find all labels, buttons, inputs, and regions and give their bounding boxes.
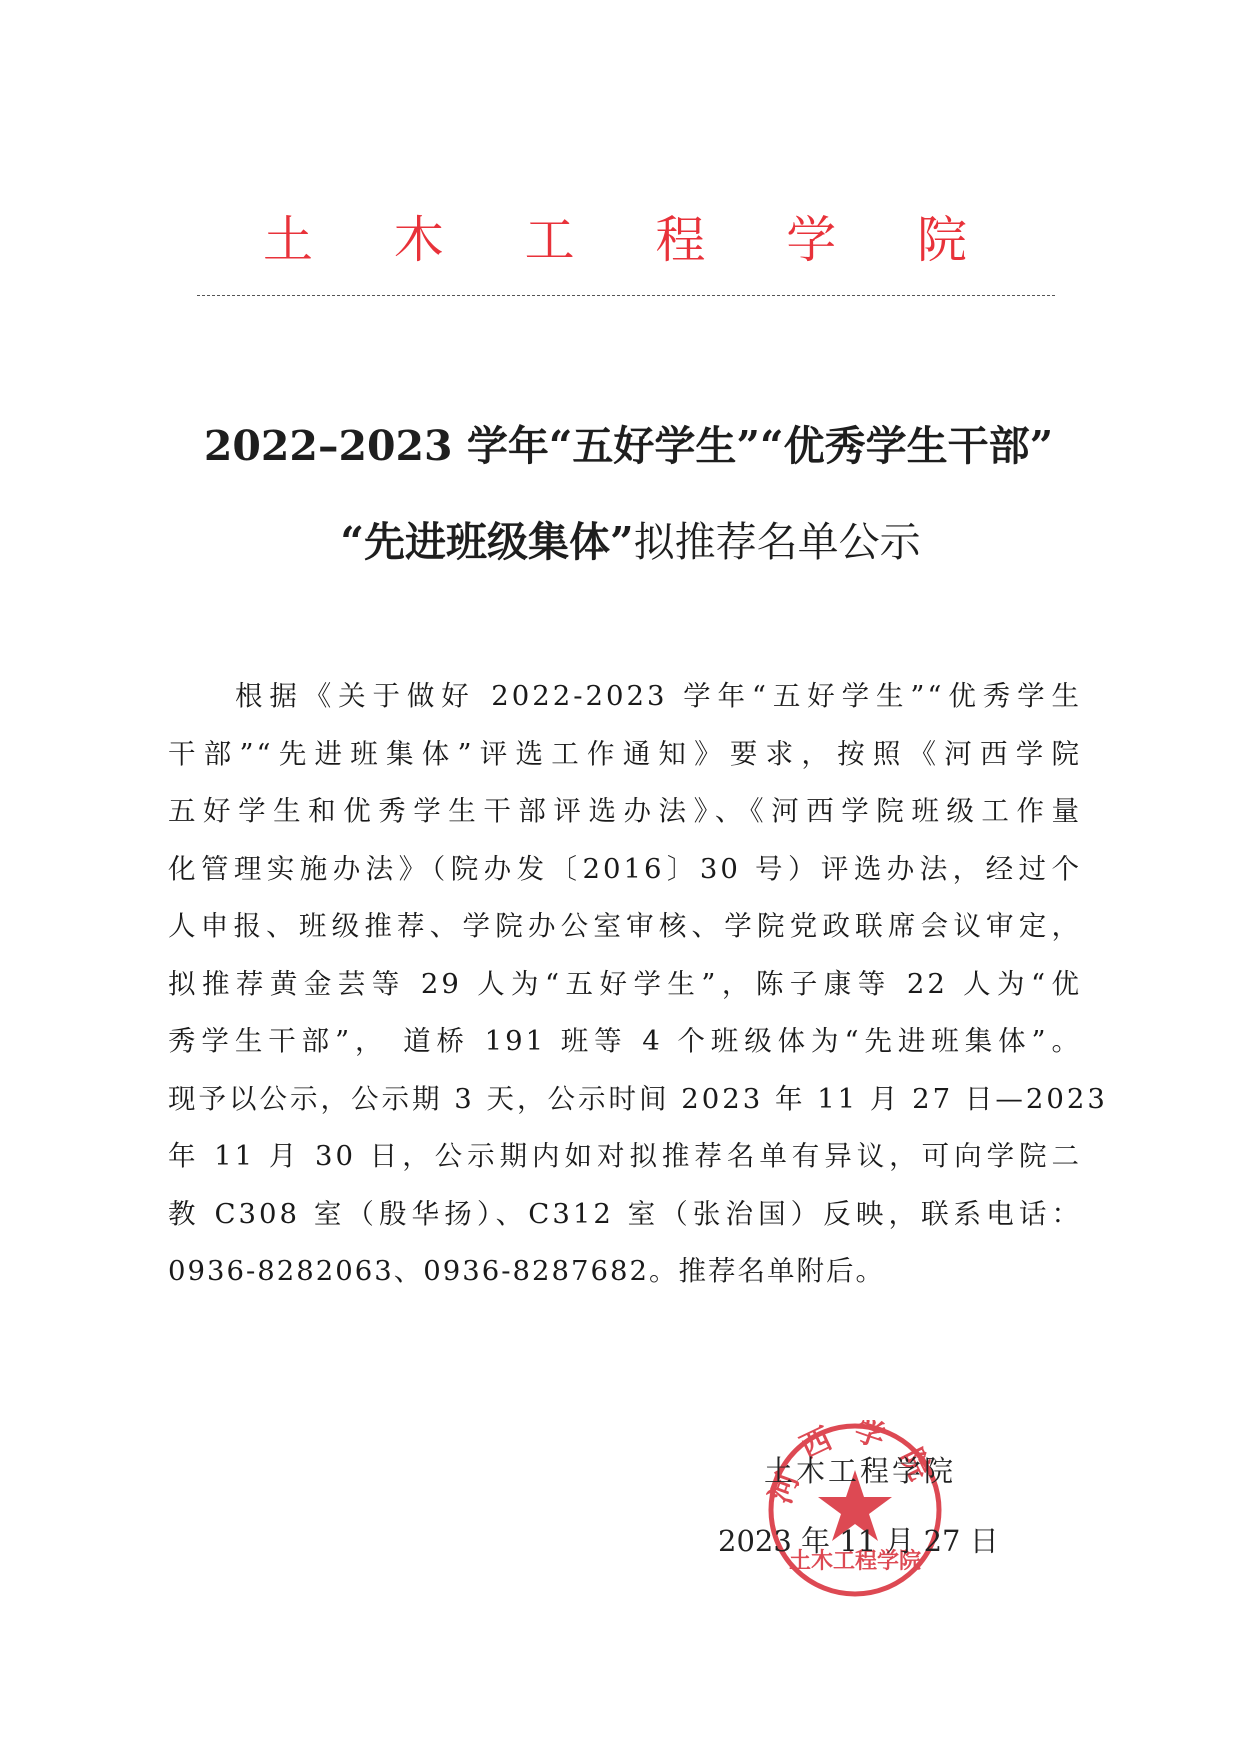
body-line: 年 11 月 30 日，公示期内如对拟推荐名单有异议，可向学院二: [168, 1128, 1082, 1186]
body-line: 0936-8282063、0936-8287682。推荐名单附后。: [168, 1243, 1082, 1301]
title-light-part: 拟推荐名单公示: [634, 518, 921, 566]
letterhead-char: 工: [522, 208, 578, 272]
title-bold-part: “先进班级集体”: [340, 518, 633, 566]
notice-body: 根据《关于做好 2022-2023 学年“五好学生”“优秀学生 干部”“先进班集…: [168, 668, 1082, 1301]
document-page: 土 木 工 程 学 院 2022–2023 学年“五好学生”“优秀学生干部” “…: [0, 0, 1241, 1754]
org-letterhead: 土 木 工 程 学 院: [260, 208, 970, 272]
document-title-line-2: “先进班级集体”拟推荐名单公示: [10, 514, 1241, 570]
body-line: 化管理实施办法》（院办发〔2016〕30 号）评选办法，经过个: [168, 841, 1082, 899]
document-title-line-1: 2022–2023 学年“五好学生”“优秀学生干部”: [8, 418, 1241, 474]
body-line: 人申报、班级推荐、学院办公室审核、学院党政联席会议审定，: [168, 898, 1082, 956]
signature-date: 2023 年 11 月 27 日: [718, 1518, 998, 1564]
body-line: 教 C308 室（殷华扬）、C312 室（张治国）反映，联系电话：: [168, 1186, 1082, 1244]
letterhead-char: 程: [652, 208, 708, 272]
body-line: 根据《关于做好 2022-2023 学年“五好学生”“优秀学生: [168, 668, 1082, 726]
body-line: 秀学生干部”， 道桥 191 班等 4 个班级体为“先进班集体”。: [168, 1013, 1082, 1071]
letterhead-divider: [197, 295, 1055, 296]
letterhead-char: 木: [391, 208, 447, 272]
official-seal: 河西学院 土木工程学院: [765, 1420, 945, 1600]
letterhead-char: 院: [914, 208, 970, 272]
letterhead-char: 土: [260, 208, 316, 272]
body-line: 拟推荐黄金芸等 29 人为“五好学生”，陈子康等 22 人为“优: [168, 956, 1082, 1014]
letterhead-char: 学: [783, 208, 839, 272]
signature-org: 土木工程学院: [740, 1448, 980, 1494]
body-line: 五好学生和优秀学生干部评选办法》、《河西学院班级工作量: [168, 783, 1082, 841]
body-line: 干部”“先进班集体”评选工作通知》要求，按照《河西学院: [168, 726, 1082, 784]
body-line: 现予以公示，公示期 3 天，公示时间 2023 年 11 月 27 日—2023: [168, 1071, 1082, 1129]
